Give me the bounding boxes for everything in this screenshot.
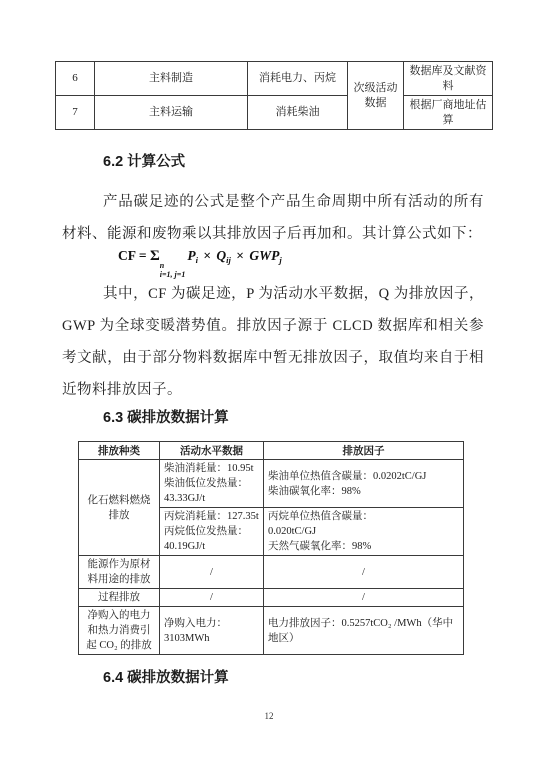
multiply-operator: × xyxy=(201,248,213,263)
category-energy-raw-cell: 能源作为原材料用途的排放 xyxy=(79,556,160,589)
energy-raw-factor-cell: / xyxy=(264,556,464,589)
table-row: 7 主料运输 消耗柴油 根据厂商地址估算 xyxy=(56,96,493,130)
electricity-activity-cell: 净购入电力： 3103MWh xyxy=(160,607,264,655)
category-process-cell: 过程排放 xyxy=(79,589,160,607)
formula-term-gwp-sub: j xyxy=(279,255,281,265)
carbon-footprint-formula: CF = Σni=1, j=1Pi × Qij × GWPj xyxy=(118,248,282,279)
header-emission-category: 排放种类 xyxy=(79,442,160,460)
purchased-electricity-value: 3103MWh xyxy=(164,631,259,646)
activity-data-source-table: 6 主料制造 消耗电力、丙烷 次级活动数据 数据库及文献资料 7 主料运输 消耗… xyxy=(55,61,493,130)
propane-carbon-content-label: 丙烷单位热值含碳量： xyxy=(268,509,459,524)
process-activity-cell: / xyxy=(160,589,264,607)
header-emission-factor: 排放因子 xyxy=(264,442,464,460)
row-number-cell: 6 xyxy=(56,62,95,96)
stage-cell: 主料制造 xyxy=(95,62,248,96)
section-heading-63: 6.3 碳排放数据计算 xyxy=(103,406,229,427)
diesel-oxidation-rate: 柴油碳氧化率：98% xyxy=(268,484,459,499)
propane-heating-value: 丙烷低位发热量：40.19GJ/t xyxy=(164,524,259,554)
propane-activity-cell: 丙烷消耗量：127.35t 丙烷低位发热量：40.19GJ/t xyxy=(160,508,264,556)
section-heading-64: 6.4 碳排放数据计算 xyxy=(103,666,229,687)
consumption-cell: 消耗柴油 xyxy=(248,96,348,130)
natural-gas-oxidation-rate: 天然气碳氧化率：98% xyxy=(268,539,459,554)
table-header-row: 排放种类 活动水平数据 排放因子 xyxy=(79,442,464,460)
diesel-carbon-content: 柴油单位热值含碳量：0.0202tC/GJ xyxy=(268,469,459,484)
category-fossil-fuel-cell: 化石燃料燃烧排放 xyxy=(79,460,160,556)
paragraph-formula-intro: 产品碳足迹的公式是整个产品生命周期中所有活动的所有材料、能源和废物乘以其排放因子… xyxy=(62,186,484,250)
formula-term-q-sub: ij xyxy=(226,255,231,265)
category-electricity-cell: 净购入的电力和热力消费引起 CO₂ 的排放 xyxy=(79,607,160,655)
page-number: 12 xyxy=(0,711,538,721)
stage-cell: 主料运输 xyxy=(95,96,248,130)
emission-data-table: 排放种类 活动水平数据 排放因子 化石燃料燃烧排放 柴油消耗量：10.95t 柴… xyxy=(78,441,464,655)
diesel-consumption: 柴油消耗量：10.95t xyxy=(164,461,259,476)
table-row-energy-as-raw-material: 能源作为原材料用途的排放 / / xyxy=(79,556,464,589)
document-page: 6 主料制造 消耗电力、丙烷 次级活动数据 数据库及文献资料 7 主料运输 消耗… xyxy=(0,0,538,773)
diesel-activity-cell: 柴油消耗量：10.95t 柴油低位发热量：43.33GJ/t xyxy=(160,460,264,508)
formula-lhs: CF = xyxy=(118,248,147,263)
propane-consumption: 丙烷消耗量：127.35t xyxy=(164,509,259,524)
multiply-operator: × xyxy=(234,248,246,263)
formula-term-p-sub: i xyxy=(196,255,198,265)
source-cell: 数据库及文献资料 xyxy=(404,62,493,96)
source-cell: 根据厂商地址估算 xyxy=(404,96,493,130)
propane-carbon-content-value: 0.020tC/GJ xyxy=(268,524,459,539)
table-row-process-emission: 过程排放 / / xyxy=(79,589,464,607)
paragraph-formula-explanation: 其中，CF 为碳足迹，P 为活动水平数据，Q 为排放因子，GWP 为全球变暖潜势… xyxy=(62,278,484,406)
table-row: 6 主料制造 消耗电力、丙烷 次级活动数据 数据库及文献资料 xyxy=(56,62,493,96)
section-heading-62: 6.2 计算公式 xyxy=(103,150,185,171)
diesel-factor-cell: 柴油单位热值含碳量：0.0202tC/GJ 柴油碳氧化率：98% xyxy=(264,460,464,508)
table-row-purchased-electricity: 净购入的电力和热力消费引起 CO₂ 的排放 净购入电力： 3103MWh 电力排… xyxy=(79,607,464,655)
process-factor-cell: / xyxy=(264,589,464,607)
header-activity-data: 活动水平数据 xyxy=(160,442,264,460)
consumption-cell: 消耗电力、丙烷 xyxy=(248,62,348,96)
energy-raw-activity-cell: / xyxy=(160,556,264,589)
formula-term-p: P xyxy=(187,248,195,263)
purchased-electricity-label: 净购入电力： xyxy=(164,616,259,631)
table-row-diesel: 化石燃料燃烧排放 柴油消耗量：10.95t 柴油低位发热量：43.33GJ/t … xyxy=(79,460,464,508)
formula-term-q: Q xyxy=(216,248,226,263)
activity-type-cell: 次级活动数据 xyxy=(348,62,404,130)
diesel-heating-value: 柴油低位发热量：43.33GJ/t xyxy=(164,476,259,506)
electricity-factor-cell: 电力排放因子：0.5257tCO₂ /MWh（华中地区） xyxy=(264,607,464,655)
sigma-symbol: Σ xyxy=(150,248,160,264)
row-number-cell: 7 xyxy=(56,96,95,130)
formula-term-gwp: GWP xyxy=(249,248,279,263)
propane-factor-cell: 丙烷单位热值含碳量： 0.020tC/GJ 天然气碳氧化率：98% xyxy=(264,508,464,556)
